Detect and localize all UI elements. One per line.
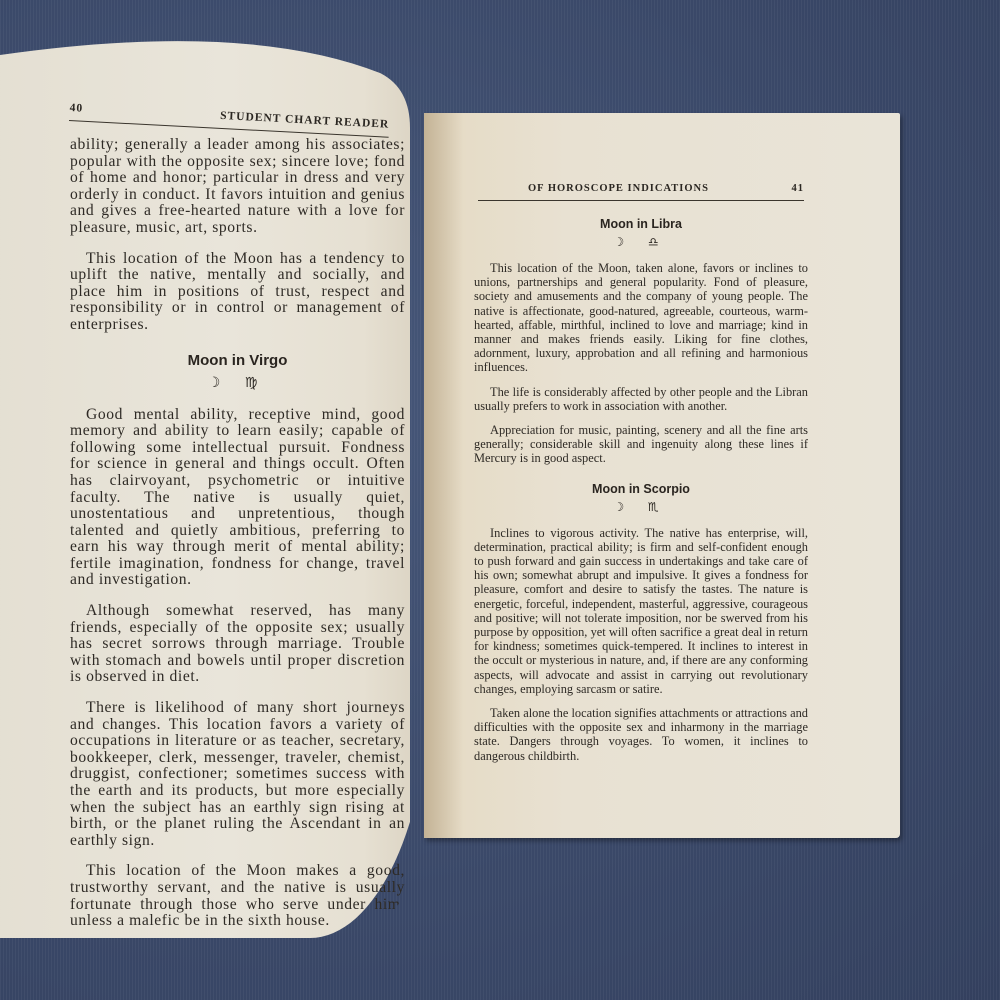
paragraph: Inclines to vigorous activity. The nativ… (474, 526, 808, 696)
section-title-virgo: Moon in Virgo (70, 352, 405, 369)
paragraph: Appreciation for music, painting, scener… (474, 423, 808, 466)
page-number: 41 (792, 183, 805, 194)
running-head-title: OF HOROSCOPE INDICATIONS (528, 183, 709, 194)
right-page: OF HOROSCOPE INDICATIONS 41 Moon in Libr… (424, 113, 900, 838)
paragraph: This location of the Moon makes a good, … (70, 863, 405, 929)
running-head-right: OF HOROSCOPE INDICATIONS 41 (478, 183, 804, 201)
moon-scorpio-glyph-icon: ☽ ♏ (474, 500, 808, 514)
left-page: 40 STUDENT CHART READER ability; general… (0, 18, 430, 938)
paragraph: This location of the Moon, taken alone, … (474, 261, 808, 375)
paragraph: This location of the Moon has a tendency… (70, 251, 405, 334)
paragraph: Although somewhat reserved, has many fri… (70, 603, 405, 686)
running-head-left: 40 STUDENT CHART READER (69, 102, 390, 138)
paragraph: ability; generally a leader among his as… (70, 137, 405, 237)
section-title-scorpio: Moon in Scorpio (474, 482, 808, 496)
moon-virgo-glyph-icon: ☽ ♍ (70, 375, 405, 391)
section-title-libra: Moon in Libra (474, 217, 808, 231)
moon-libra-glyph-icon: ☽ ♎ (474, 235, 808, 249)
paragraph: The life is considerably affected by oth… (474, 385, 808, 413)
paragraph: There is likelihood of many short journe… (70, 700, 405, 849)
paragraph: Good mental ability, receptive mind, goo… (70, 407, 405, 590)
page-body: Moon in Libra ☽ ♎ This location of the M… (474, 217, 808, 763)
page-number: 40 (69, 102, 83, 115)
page-body: ability; generally a leader among his as… (70, 137, 405, 930)
running-head-title: STUDENT CHART READER (220, 110, 390, 131)
paragraph: Taken alone the location signifies attac… (474, 706, 808, 763)
